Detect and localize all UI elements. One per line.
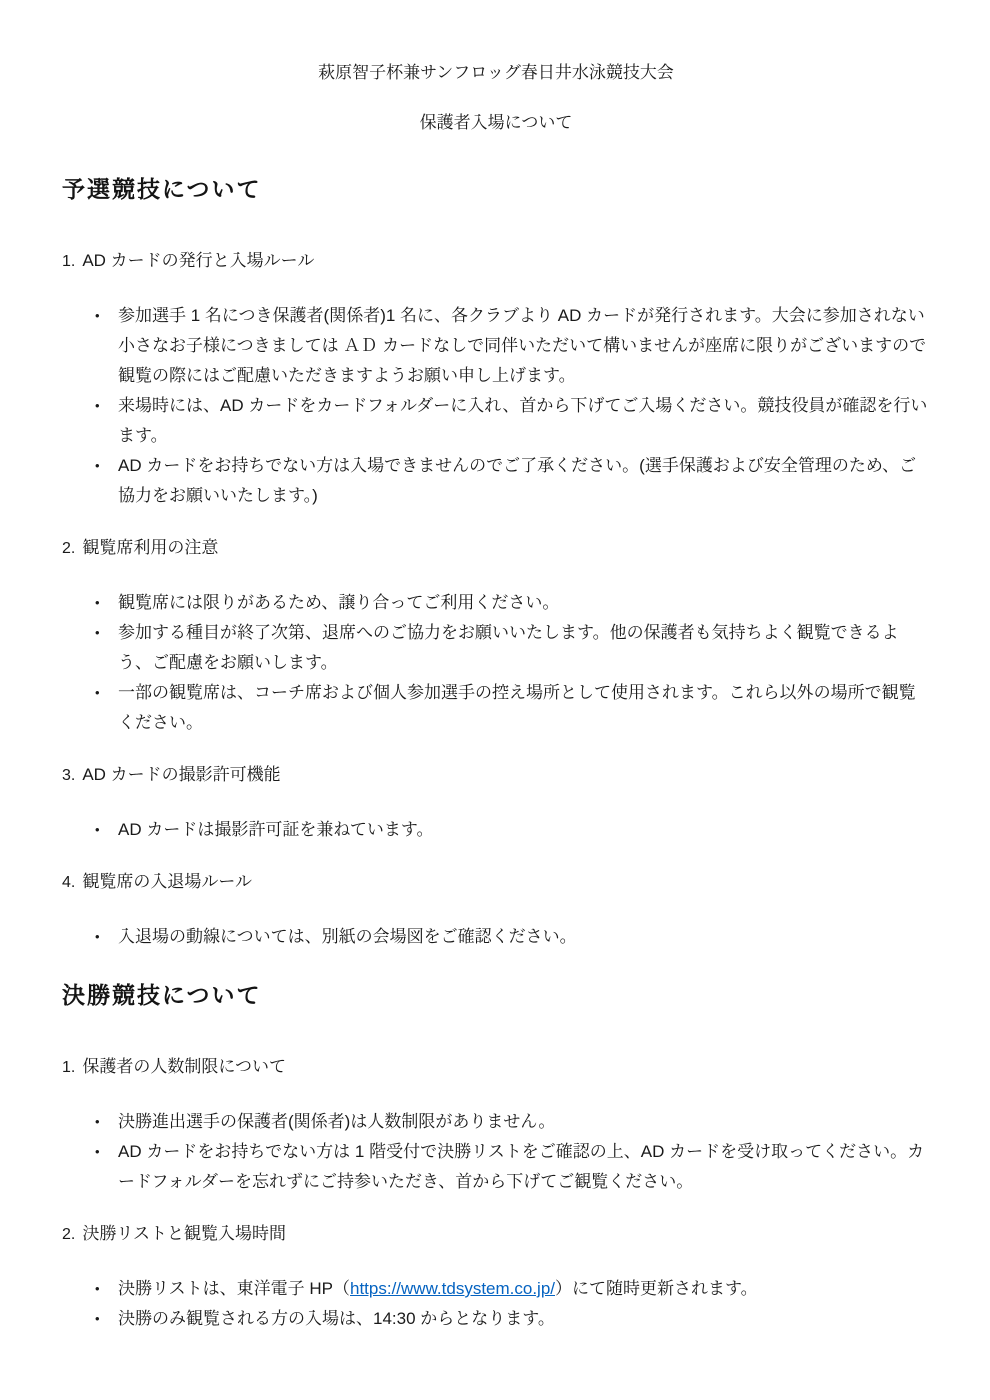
- item-number: 1.: [62, 1057, 75, 1079]
- list-item: • 決勝進出選手の保護者(関係者)は人数制限がありません。: [62, 1107, 930, 1137]
- list-item: • 来場時には、AD カードをカードフォルダーに入れ、首から下げてご入場ください…: [62, 391, 930, 451]
- section-heading-preliminary: 予選競技について: [62, 174, 930, 204]
- list-item: • 決勝リストは、東洋電子 HP（https://www.tdsystem.co…: [62, 1274, 930, 1304]
- section-heading-final: 決勝競技について: [62, 980, 930, 1010]
- bullet-marker: •: [95, 1304, 118, 1334]
- list-item: • AD カードをお持ちでない方は入場できませんのでご了承ください。(選手保護お…: [62, 451, 930, 511]
- numbered-item: 2.観覧席利用の注意: [62, 537, 930, 560]
- bullet-text: 一部の観覧席は、コーチ席および個人参加選手の控え場所として使用されます。これら以…: [118, 678, 930, 738]
- item-number: 1.: [62, 251, 75, 273]
- list-item: • 参加する種目が終了次第、退席へのご協力をお願いいたします。他の保護者も気持ち…: [62, 618, 930, 678]
- document-page: 萩原智子杯兼サンフロッグ春日井水泳競技大会 保護者入場について 予選競技について…: [0, 0, 990, 1400]
- list-item: • 入退場の動線については、別紙の会場図をご確認ください。: [62, 922, 930, 952]
- bullet-marker: •: [95, 1137, 118, 1167]
- bullet-list: • 観覧席には限りがあるため、譲り合ってご利用ください。 • 参加する種目が終了…: [62, 588, 930, 738]
- bullet-marker: •: [95, 815, 118, 845]
- bullet-marker: •: [95, 922, 118, 952]
- bullet-marker: •: [95, 1107, 118, 1137]
- item-number: 4.: [62, 872, 75, 894]
- item-label: 観覧席の入退場ルール: [82, 872, 252, 891]
- bullet-marker: •: [95, 301, 118, 331]
- numbered-item: 1.保護者の人数制限について: [62, 1056, 930, 1079]
- bullet-marker: •: [95, 391, 118, 421]
- tdsystem-link[interactable]: https://www.tdsystem.co.jp/: [350, 1279, 555, 1298]
- bullet-text: AD カードをお持ちでない方は入場できませんのでご了承ください。(選手保護および…: [118, 451, 930, 511]
- bullet-text: AD カードをお持ちでない方は 1 階受付で決勝リストをご確認の上、AD カード…: [118, 1137, 930, 1197]
- numbered-item: 1.AD カードの発行と入場ルール: [62, 250, 930, 273]
- item-label: 観覧席利用の注意: [82, 538, 218, 557]
- bullet-marker: •: [95, 618, 118, 648]
- document-subtitle: 保護者入場について: [62, 112, 930, 134]
- bullet-text-prefix: 決勝リストは、東洋電子 HP（: [118, 1279, 350, 1298]
- numbered-item: 2.決勝リストと観覧入場時間: [62, 1223, 930, 1246]
- document-title: 萩原智子杯兼サンフロッグ春日井水泳競技大会: [62, 62, 930, 84]
- list-item: • AD カードは撮影許可証を兼ねています。: [62, 815, 930, 845]
- bullet-text: 観覧席には限りがあるため、譲り合ってご利用ください。: [118, 588, 930, 618]
- bullet-list: • 入退場の動線については、別紙の会場図をご確認ください。: [62, 922, 930, 952]
- item-label: 保護者の人数制限について: [82, 1057, 286, 1076]
- bullet-text: 来場時には、AD カードをカードフォルダーに入れ、首から下げてご入場ください。競…: [118, 391, 930, 451]
- item-label: AD カードの撮影許可機能: [82, 765, 280, 784]
- list-item: • 参加選手 1 名につき保護者(関係者)1 名に、各クラブより AD カードが…: [62, 301, 930, 391]
- item-number: 2.: [62, 538, 75, 560]
- bullet-text: AD カードは撮影許可証を兼ねています。: [118, 815, 930, 845]
- bullet-text: 決勝進出選手の保護者(関係者)は人数制限がありません。: [118, 1107, 930, 1137]
- item-number: 2.: [62, 1224, 75, 1246]
- list-item: • 決勝のみ観覧される方の入場は、14:30 からとなります。: [62, 1304, 930, 1334]
- item-label: AD カードの発行と入場ルール: [82, 251, 314, 270]
- list-item: • 観覧席には限りがあるため、譲り合ってご利用ください。: [62, 588, 930, 618]
- bullet-list: • AD カードは撮影許可証を兼ねています。: [62, 815, 930, 845]
- bullet-text: 参加選手 1 名につき保護者(関係者)1 名に、各クラブより AD カードが発行…: [118, 301, 930, 391]
- bullet-list: • 決勝進出選手の保護者(関係者)は人数制限がありません。 • AD カードをお…: [62, 1107, 930, 1197]
- bullet-marker: •: [95, 451, 118, 481]
- bullet-marker: •: [95, 1274, 118, 1304]
- bullet-marker: •: [95, 588, 118, 618]
- bullet-text-suffix: ）にて随時更新されます。: [555, 1279, 758, 1298]
- bullet-list: • 参加選手 1 名につき保護者(関係者)1 名に、各クラブより AD カードが…: [62, 301, 930, 511]
- list-item: • AD カードをお持ちでない方は 1 階受付で決勝リストをご確認の上、AD カ…: [62, 1137, 930, 1197]
- numbered-item: 3.AD カードの撮影許可機能: [62, 764, 930, 787]
- item-label: 決勝リストと観覧入場時間: [82, 1224, 286, 1243]
- bullet-text: 参加する種目が終了次第、退席へのご協力をお願いいたします。他の保護者も気持ちよく…: [118, 618, 930, 678]
- bullet-text: 決勝のみ観覧される方の入場は、14:30 からとなります。: [118, 1304, 930, 1334]
- bullet-text: 入退場の動線については、別紙の会場図をご確認ください。: [118, 922, 930, 952]
- numbered-item: 4.観覧席の入退場ルール: [62, 871, 930, 894]
- bullet-list: • 決勝リストは、東洋電子 HP（https://www.tdsystem.co…: [62, 1274, 930, 1334]
- bullet-marker: •: [95, 678, 118, 708]
- bullet-text: 決勝リストは、東洋電子 HP（https://www.tdsystem.co.j…: [118, 1274, 930, 1304]
- item-number: 3.: [62, 765, 75, 787]
- list-item: • 一部の観覧席は、コーチ席および個人参加選手の控え場所として使用されます。これ…: [62, 678, 930, 738]
